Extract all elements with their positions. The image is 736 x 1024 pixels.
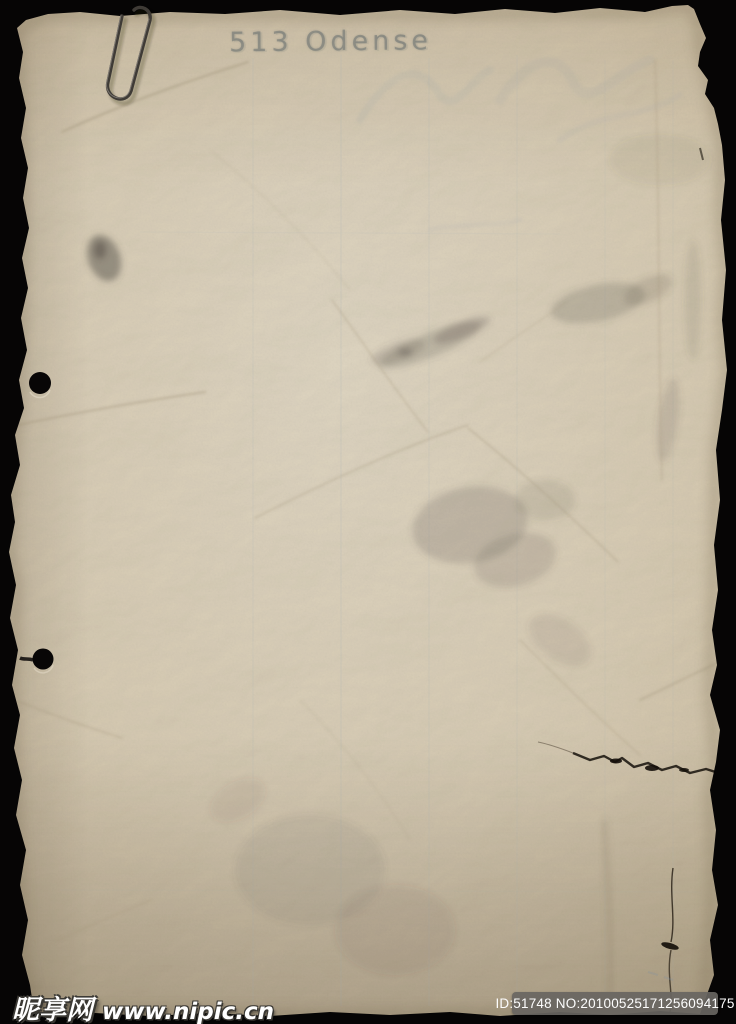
punch-hole-top <box>29 372 51 394</box>
paper-photo-canvas <box>0 0 736 1024</box>
photo-of-aged-paper: 513 Odense 昵享网 www.nipic.cn ID:51748 NO:… <box>0 0 736 1024</box>
punch-hole-bottom <box>33 649 54 670</box>
paper-sheet <box>0 0 736 1024</box>
